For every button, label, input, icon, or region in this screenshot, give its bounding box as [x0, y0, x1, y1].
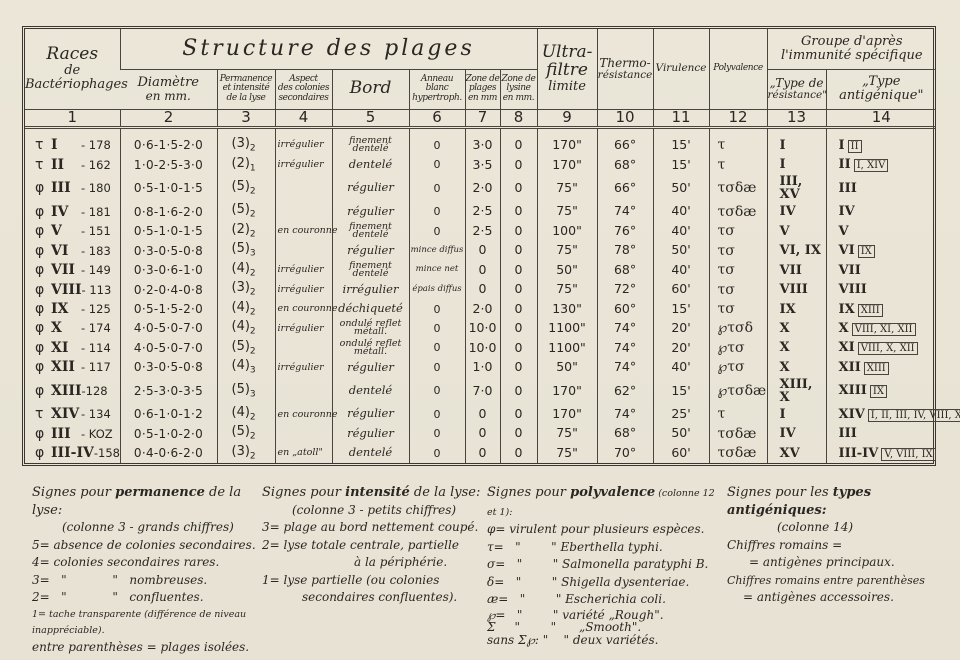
cell-diametre: 0·3-0·6-1·0: [120, 260, 217, 279]
cell-diametre: 0·2-0·4-0·8: [120, 280, 217, 299]
cell-aspect: en couronne: [275, 221, 332, 240]
legend-title-a: Signes pour les: [727, 485, 833, 500]
antigen-accessoire: II: [848, 140, 862, 153]
header-virulence: Virulence: [653, 29, 709, 109]
col-num-14: 14: [826, 109, 936, 128]
header-type-resistance: „Type de résistance": [767, 69, 826, 109]
antigen-accessoire: XIII: [858, 304, 883, 317]
cell-bord: irrégulier: [332, 280, 409, 299]
legend-item: 3= " " nombreuses.: [32, 572, 262, 590]
polyvalence-symbol: φ: [35, 244, 51, 258]
header-tres-1: „Type de: [768, 77, 826, 90]
intensite-value: 3: [250, 366, 256, 376]
cell-thermo: 68°: [597, 155, 653, 174]
cell-zone-plages: 3·0: [465, 128, 500, 155]
cell-thermo: 78°: [597, 241, 653, 260]
permanence-value: (5): [232, 202, 250, 217]
legend-item: φ= virulent pour plusieurs espèces.: [487, 521, 727, 539]
cell-type-antigenique: VIII: [826, 280, 936, 299]
header-zone-plages: Zone de plages en mm: [465, 69, 500, 109]
cell-zone-lysine: 0: [500, 319, 537, 338]
cell-type-resistance: IV: [767, 202, 826, 221]
cell-permanence: (2)2: [217, 221, 275, 240]
cell-bord: régulier: [332, 202, 409, 221]
cell-zone-plages: 2·0: [465, 299, 500, 318]
antigen-principal: V: [839, 224, 849, 239]
permanence-value: (3): [232, 280, 250, 295]
intensite-value: 2: [250, 346, 256, 356]
cell-race: φXII- 117: [25, 358, 120, 377]
cell-ultrafiltre: 100": [537, 221, 597, 240]
race-number: - 149: [81, 263, 111, 277]
cell-ultrafiltre: 170": [537, 128, 597, 155]
race-number: - 183: [81, 244, 111, 258]
cell-race: φIII- KOZ: [25, 424, 120, 443]
race-roman: XIV: [51, 407, 81, 421]
cell-aspect: [275, 241, 332, 260]
header-ultra-2: filtre: [538, 62, 597, 80]
race-roman: II: [51, 158, 81, 172]
header-ultra-3: limite: [538, 80, 597, 94]
cell-diametre: 0·8-1·6-2·0: [120, 202, 217, 221]
cell-type-resistance: VIII: [767, 280, 826, 299]
cell-anneau: 0: [409, 319, 465, 338]
cell-polyvalence: τσ: [709, 241, 767, 260]
antigen-accessoire: VIII, X, XII: [858, 342, 918, 355]
cell-zone-plages: 0: [465, 443, 500, 463]
intensite-value: 3: [250, 389, 256, 399]
cell-type-antigenique: V: [826, 221, 936, 240]
cell-type-resistance: VII: [767, 260, 826, 279]
intensite-value: 2: [250, 452, 256, 462]
legend-item: Chiffres romains entre parenthèses: [727, 572, 952, 590]
legend-permanence: Signes pour permanence de la lyse: (colo…: [32, 484, 262, 656]
cell-polyvalence: τσδæ: [709, 424, 767, 443]
cell-race: φIX- 125: [25, 299, 120, 318]
cell-bord: finement dentelé: [332, 221, 409, 240]
cell-anneau: 0: [409, 221, 465, 240]
cell-zone-lysine: 0: [500, 260, 537, 279]
antigen-principal: VI: [839, 243, 855, 258]
antigen-principal: XIV: [839, 407, 865, 422]
cell-race: φX- 174: [25, 319, 120, 338]
cell-zone-lysine: 0: [500, 338, 537, 357]
race-number: - 113: [82, 283, 112, 297]
cell-type-resistance: VI, IX: [767, 241, 826, 260]
polyvalence-symbol: φ: [35, 321, 51, 335]
header-groupe-2: l'immunité spécifique: [768, 49, 937, 63]
cell-virulence: 60': [653, 280, 709, 299]
cell-permanence: (3)2: [217, 128, 275, 155]
race-number: - 151: [81, 224, 111, 238]
cell-aspect: [275, 377, 332, 404]
header-tres-2: résistance": [768, 90, 826, 101]
table-row: φVIII- 1130·2-0·4-0·8(3)2irrégulierirrég…: [25, 280, 936, 299]
cell-virulence: 50': [653, 241, 709, 260]
cell-bord: dentelé: [332, 443, 409, 463]
legend-antigeniques-title: Signes pour les types antigéniques:: [727, 484, 952, 519]
race-number: - 178: [81, 138, 111, 152]
legend-item: à la périphérie.: [262, 554, 482, 572]
header-structure: Structure des plages: [120, 29, 537, 69]
cell-polyvalence: τσ: [709, 260, 767, 279]
polyvalence-symbol: τ: [35, 158, 51, 172]
table-row: φVII- 1490·3-0·6-1·0(4)2irrégulierfineme…: [25, 260, 936, 279]
cell-type-antigenique: III, XIV: [826, 155, 936, 174]
cell-zone-lysine: 0: [500, 377, 537, 404]
header-thermo-1: Thermo-: [598, 57, 653, 70]
cell-ultrafiltre: 1100": [537, 338, 597, 357]
table-row: φIII- KOZ0·5-1·0-2·0(5)2régulier00075"68…: [25, 424, 936, 443]
cell-zone-lysine: 0: [500, 299, 537, 318]
cell-virulence: 15': [653, 377, 709, 404]
cell-zone-plages: 2·0: [465, 175, 500, 202]
cell-race: φIV- 181: [25, 202, 120, 221]
antigen-accessoire: VIII, XI, XII: [852, 323, 916, 336]
permanence-value: (4): [232, 358, 250, 373]
cell-thermo: 60°: [597, 299, 653, 318]
legend-item: ℘= " " variété „Rough".: [487, 609, 727, 621]
cell-zone-lysine: 0: [500, 221, 537, 240]
cell-thermo: 72°: [597, 280, 653, 299]
scanned-page: Races de Bactériophages Structure des pl…: [0, 0, 960, 660]
cell-type-resistance: XV: [767, 443, 826, 463]
polyvalence-symbol: φ: [35, 446, 51, 460]
polyvalence-symbol: φ: [35, 205, 51, 219]
race-number: - 174: [81, 321, 111, 335]
legend-title-a: Signes pour: [487, 485, 570, 500]
cell-type-antigenique: XVIII, XI, XII: [826, 319, 936, 338]
header-thermo-2: résistance: [598, 70, 653, 81]
cell-polyvalence: τσ: [709, 299, 767, 318]
permanence-value: (4): [232, 261, 250, 276]
table-row: φIII- 1800·5-1·0-1·5(5)2régulier02·0075"…: [25, 175, 936, 202]
legend-item: σ= " " Salmonella paratyphi B.: [487, 556, 727, 574]
cell-bord: régulier: [332, 424, 409, 443]
polyvalence-symbol: φ: [35, 427, 51, 441]
cell-thermo: 74°: [597, 405, 653, 424]
cell-virulence: 15': [653, 299, 709, 318]
table-row: φIX- 1250·5-1·5-2·0(4)2en couronnedéchiq…: [25, 299, 936, 318]
cell-zone-plages: 1·0: [465, 358, 500, 377]
cell-aspect: irrégulier: [275, 155, 332, 174]
cell-bord: ondulé reflet métall.: [332, 338, 409, 357]
cell-aspect: irrégulier: [275, 280, 332, 299]
header-bord: Bord: [332, 69, 409, 109]
cell-polyvalence: ℘τσ: [709, 358, 767, 377]
race-roman: VI: [51, 244, 81, 258]
permanence-value: (4): [232, 319, 250, 334]
cell-type-antigenique: IXXIII: [826, 299, 936, 318]
cell-race: φV- 151: [25, 221, 120, 240]
col-num-8: 8: [500, 109, 537, 128]
antigen-principal: XIII: [839, 383, 867, 398]
cell-diametre: 0·4-0·6-2·0: [120, 443, 217, 463]
race-roman: XII: [51, 360, 81, 374]
cell-race: τI- 178: [25, 128, 120, 155]
cell-virulence: 40': [653, 221, 709, 240]
cell-virulence: 15': [653, 128, 709, 155]
cell-type-antigenique: XIIIIX: [826, 377, 936, 404]
cell-anneau: 0: [409, 338, 465, 357]
cell-zone-plages: 0: [465, 405, 500, 424]
table-row: φV- 1510·5-1·0-1·5(2)2en couronnefinemen…: [25, 221, 936, 240]
legend-item: sans Σ℘: " " deux variétés.: [487, 633, 727, 648]
cell-permanence: (5)2: [217, 424, 275, 443]
cell-ultrafiltre: 1100": [537, 319, 597, 338]
cell-type-resistance: IV: [767, 424, 826, 443]
cell-race: τII- 162: [25, 155, 120, 174]
legend-permanence-title: Signes pour permanence de la lyse:: [32, 484, 262, 519]
cell-bord: finement dentelé: [332, 128, 409, 155]
legend-title-b: intensité: [345, 485, 410, 500]
permanence-value: (3): [232, 136, 250, 151]
cell-bord: finement dentelé: [332, 260, 409, 279]
cell-diametre: 0·5-1·0-1·5: [120, 175, 217, 202]
race-roman: III: [51, 427, 81, 441]
permanence-value: (4): [232, 405, 250, 420]
antigen-principal: II: [839, 157, 851, 172]
cell-ultrafiltre: 50": [537, 358, 597, 377]
polyvalence-symbol: φ: [35, 341, 51, 355]
cell-type-resistance: I: [767, 155, 826, 174]
cell-polyvalence: τ: [709, 155, 767, 174]
cell-aspect: irrégulier: [275, 358, 332, 377]
cell-type-resistance: X: [767, 319, 826, 338]
race-roman: IV: [51, 205, 81, 219]
header-permanence: Permanence et intensité de la lyse: [217, 69, 275, 109]
cell-zone-plages: 3·5: [465, 155, 500, 174]
cell-aspect: [275, 424, 332, 443]
header-aspect-3: secondaires: [276, 94, 332, 103]
polyvalence-symbol: φ: [35, 283, 51, 297]
cell-bord: régulier: [332, 241, 409, 260]
cell-type-antigenique: III: [826, 424, 936, 443]
cell-race: φVII- 149: [25, 260, 120, 279]
table-row: τI- 1780·6-1·5-2·0(3)2irrégulierfinement…: [25, 128, 936, 155]
antigen-accessoire: I, XIV: [854, 159, 889, 172]
antigen-principal: IX: [839, 302, 855, 317]
legend-item: 2= " " confluentes.: [32, 589, 262, 607]
cell-diametre: 0·3-0·5-0·8: [120, 241, 217, 260]
cell-anneau: 0: [409, 377, 465, 404]
cell-permanence: (4)2: [217, 260, 275, 279]
cell-anneau: mince diffus: [409, 241, 465, 260]
header-groupe-1: Groupe d'après: [768, 35, 937, 49]
cell-race: τXIV- 134: [25, 405, 120, 424]
cell-polyvalence: τσ: [709, 280, 767, 299]
col-num-1: 1: [25, 109, 120, 128]
header-races: Races de Bactériophages: [25, 29, 120, 109]
cell-thermo: 68°: [597, 424, 653, 443]
cell-thermo: 74°: [597, 319, 653, 338]
cell-permanence: (5)2: [217, 202, 275, 221]
permanence-value: (5): [232, 179, 250, 194]
cell-permanence: (4)2: [217, 299, 275, 318]
cell-anneau: 0: [409, 443, 465, 463]
intensite-value: 2: [250, 268, 256, 278]
cell-ultrafiltre: 170": [537, 155, 597, 174]
legend-intensite-subtitle: (colonne 3 - petits chiffres): [262, 502, 482, 520]
permanence-value: (5): [232, 424, 250, 439]
cell-zone-lysine: 0: [500, 358, 537, 377]
cell-bord: régulier: [332, 405, 409, 424]
legend-item: 1= lyse partielle (ou colonies: [262, 572, 482, 590]
race-roman: XI: [51, 341, 81, 355]
legend-item: Σ " " „Smooth".: [487, 621, 727, 633]
cell-bord: ondulé reflet métall.: [332, 319, 409, 338]
cell-zone-lysine: 0: [500, 280, 537, 299]
antigen-principal: III: [839, 426, 857, 441]
legend-intensite: Signes pour intensité de la lyse: (colon…: [262, 484, 482, 607]
col-num-2: 2: [120, 109, 217, 128]
race-roman: III: [51, 181, 81, 195]
polyvalence-symbol: φ: [35, 263, 51, 277]
table-row: φXII- 1170·3-0·5-0·8(4)3irrégulierréguli…: [25, 358, 936, 377]
cell-aspect: irrégulier: [275, 319, 332, 338]
antigen-principal: III: [839, 181, 857, 196]
cell-thermo: 66°: [597, 175, 653, 202]
legend-item: τ= " " Eberthella typhi.: [487, 539, 727, 557]
cell-type-resistance: X: [767, 358, 826, 377]
cell-aspect: irrégulier: [275, 128, 332, 155]
cell-race: φXIII-128: [25, 377, 120, 404]
cell-polyvalence: ℘τσ: [709, 338, 767, 357]
cell-thermo: 68°: [597, 260, 653, 279]
polyvalence-symbol: φ: [35, 302, 51, 316]
header-tant-1: „Type: [827, 75, 937, 89]
polyvalence-symbol: φ: [35, 384, 51, 398]
race-number: - 134: [81, 407, 111, 421]
table-body: τI- 1780·6-1·5-2·0(3)2irrégulierfinement…: [25, 128, 936, 463]
cell-anneau: mince net: [409, 260, 465, 279]
cell-zone-plages: 2·5: [465, 221, 500, 240]
permanence-value: (5): [232, 241, 250, 256]
cell-diametre: 0·6-1·5-2·0: [120, 128, 217, 155]
race-roman: V: [51, 224, 81, 238]
cell-aspect: [275, 338, 332, 357]
cell-type-resistance: IX: [767, 299, 826, 318]
header-races-de: de: [25, 64, 120, 78]
cell-zone-plages: 0: [465, 260, 500, 279]
col-num-11: 11: [653, 109, 709, 128]
cell-permanence: (5)3: [217, 377, 275, 404]
cell-zone-plages: 0: [465, 424, 500, 443]
cell-bord: dentelé: [332, 377, 409, 404]
legend-polyvalence: Signes pour polyvalence (colonne 12 et 1…: [487, 484, 727, 648]
cell-diametre: 0·5-1·5-2·0: [120, 299, 217, 318]
race-roman: VII: [51, 263, 81, 277]
polyvalence-symbol: φ: [35, 181, 51, 195]
cell-anneau: 0: [409, 175, 465, 202]
cell-virulence: 50': [653, 424, 709, 443]
legend-intensite-title: Signes pour intensité de la lyse:: [262, 484, 482, 502]
cell-race: φVI- 183: [25, 241, 120, 260]
col-num-4: 4: [275, 109, 332, 128]
cell-type-antigenique: XIIXIII: [826, 358, 936, 377]
cell-zone-plages: 10·0: [465, 338, 500, 357]
cell-aspect: [275, 202, 332, 221]
intensite-value: 2: [250, 307, 256, 317]
cell-permanence: (5)3: [217, 241, 275, 260]
race-roman: I: [51, 138, 81, 152]
cell-zone-lysine: 0: [500, 155, 537, 174]
cell-anneau: 0: [409, 128, 465, 155]
table-row: φXI- 1144·0-5·0-7·0(5)2ondulé reflet mét…: [25, 338, 936, 357]
permanence-value: (3): [232, 444, 250, 459]
cell-permanence: (4)2: [217, 319, 275, 338]
cell-virulence: 40': [653, 358, 709, 377]
antigen-accessoire: IX: [858, 245, 875, 258]
legend-antigeniques-subtitle: (colonne 14): [727, 519, 952, 537]
cell-race: φIII-IV-158: [25, 443, 120, 463]
cell-virulence: 15': [653, 155, 709, 174]
header-tant-2: antigénique": [827, 89, 937, 103]
cell-type-antigenique: III: [826, 175, 936, 202]
race-number: -158: [94, 446, 120, 460]
cell-anneau: 0: [409, 405, 465, 424]
race-roman: IX: [51, 302, 81, 316]
cell-zone-plages: 0: [465, 241, 500, 260]
intensite-value: 1: [250, 163, 256, 173]
col-num-5: 5: [332, 109, 409, 128]
table-row: φVI- 1830·3-0·5-0·8(5)3réguliermince dif…: [25, 241, 936, 260]
race-number: - 117: [81, 360, 111, 374]
intensite-value: 2: [250, 187, 256, 197]
legend-title-b: polyvalence: [570, 485, 655, 500]
col-num-12: 12: [709, 109, 767, 128]
cell-type-antigenique: VIIX: [826, 241, 936, 260]
bacteriophage-table: Races de Bactériophages Structure des pl…: [22, 26, 936, 466]
permanence-value: (2): [232, 156, 250, 171]
cell-zone-lysine: 0: [500, 424, 537, 443]
race-number: - KOZ: [81, 427, 113, 441]
cell-anneau: 0: [409, 299, 465, 318]
cell-type-resistance: X: [767, 338, 826, 357]
header-aspect: Aspect des colonies secondaires: [275, 69, 332, 109]
legend-item: 4= colonies secondaires rares.: [32, 554, 262, 572]
cell-aspect: irrégulier: [275, 260, 332, 279]
cell-diametre: 2·5-3·0-3·5: [120, 377, 217, 404]
cell-aspect: en couronne: [275, 299, 332, 318]
cell-type-antigenique: IV: [826, 202, 936, 221]
col-num-6: 6: [409, 109, 465, 128]
legend-item: secondaires confluentes).: [262, 589, 482, 607]
cell-ultrafiltre: 130": [537, 299, 597, 318]
col-num-3: 3: [217, 109, 275, 128]
cell-anneau: 0: [409, 155, 465, 174]
legend-item: Chiffres romains =: [727, 537, 952, 555]
col-num-10: 10: [597, 109, 653, 128]
cell-ultrafiltre: 170": [537, 405, 597, 424]
cell-zone-lysine: 0: [500, 202, 537, 221]
header-polyvalence: Polyvalence: [709, 29, 767, 109]
table-row: φIV- 1810·8-1·6-2·0(5)2régulier02·5075"7…: [25, 202, 936, 221]
cell-diametre: 4·0-5·0-7·0: [120, 338, 217, 357]
header-zone-lysine: Zone de lysine en mm.: [500, 69, 537, 109]
cell-zone-lysine: 0: [500, 128, 537, 155]
header-diametre-label: Diamètre: [120, 76, 217, 90]
table-row: φX- 1744·0-5·0-7·0(4)2irrégulierondulé r…: [25, 319, 936, 338]
legend-item: δ= " " Shigella dysenteriae.: [487, 574, 727, 592]
cell-type-resistance: I: [767, 128, 826, 155]
permanence-value: (5): [232, 339, 250, 354]
table-row: τXIV- 1340·6-1·0-1·2(4)2en couronnerégul…: [25, 405, 936, 424]
cell-zone-lysine: 0: [500, 175, 537, 202]
cell-permanence: (2)1: [217, 155, 275, 174]
cell-diametre: 0·5-1·0-1·5: [120, 221, 217, 240]
legend-title-b: permanence: [115, 485, 205, 500]
